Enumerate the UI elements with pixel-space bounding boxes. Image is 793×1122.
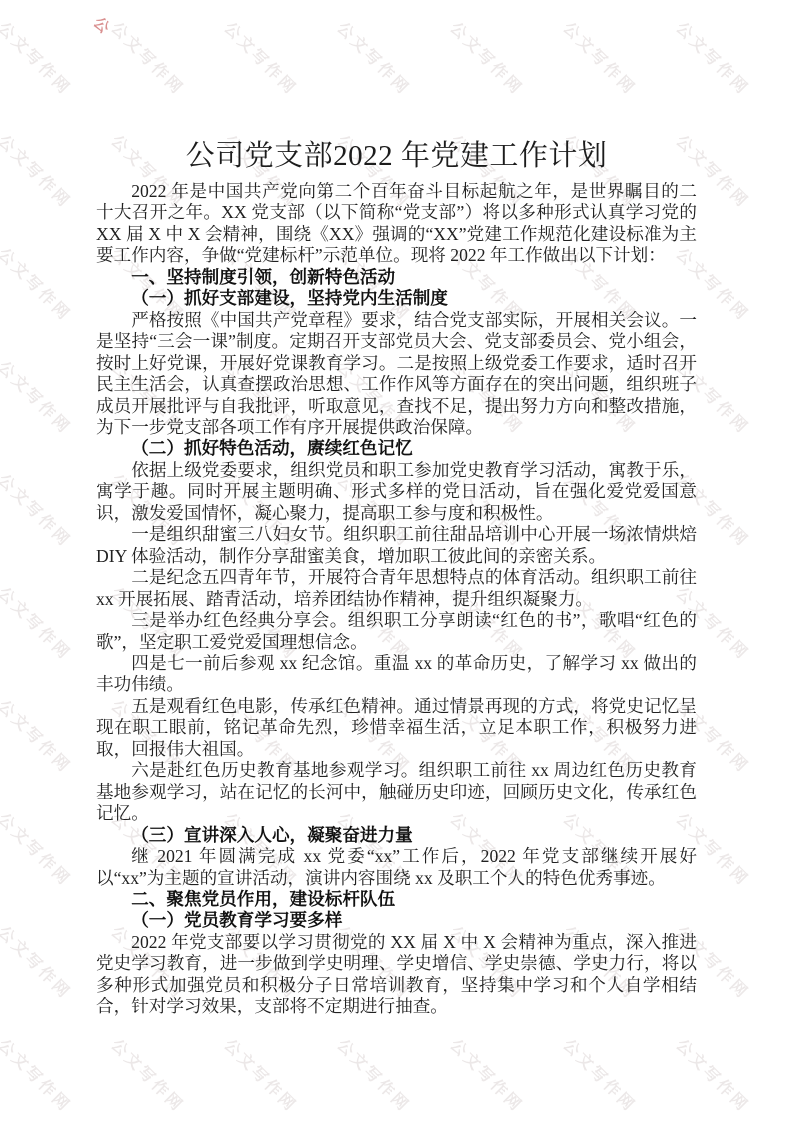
document-title: 公司党支部2022 年党建工作计划 xyxy=(96,139,697,173)
paragraph: 继 2021 年圆满完成 xx 党委“xx”工作后，2022 年党支部继续开展好… xyxy=(96,846,697,889)
section-heading: （一）抓好支部建设，坚持党内生活制度 xyxy=(96,288,697,309)
section-heading: （二）抓好特色活动，赓续红色记忆 xyxy=(96,438,697,459)
paragraph: 五是观看红色电影，传承红色精神。通过情景再现的方式，将党史记忆呈现在职工眼前，铭… xyxy=(96,696,697,760)
paragraph: 四是七一前后参观 xx 纪念馆。重温 xx 的革命历史，了解学习 xx 做出的丰… xyxy=(96,653,697,696)
paragraph: 六是赴红色历史教育基地参观学习。组织职工前往 xx 周边红色历史教育基地参观学习… xyxy=(96,760,697,824)
paragraph: 二是纪念五四青年节，开展符合青年思想特点的体育活动。组织职工前往 xx 开展拓展… xyxy=(96,567,697,610)
section-heading: （一）党员教育学习要多样 xyxy=(96,910,697,931)
document-content: 公司党支部2022 年党建工作计划 2022 年是中国共产党向第二个百年奋斗目标… xyxy=(0,0,793,1122)
document-page: 公文写作网公文写作网公文写作网公文写作网公文写作网公文写作网公文写作网公文写作网… xyxy=(0,0,793,1122)
section-heading: 二、聚焦党员作用，建设标杆队伍 xyxy=(96,889,697,910)
paragraph: 三是举办红色经典分享会。组织职工分享朗读“红色的书”，歌唱“红色的歌”，坚定职工… xyxy=(96,610,697,653)
paragraph: 严格按照《中国共产党章程》要求，结合党支部实际，开展相关会议。一是坚持“三会一课… xyxy=(96,310,697,439)
section-heading: 一、坚持制度引领，创新特色活动 xyxy=(96,267,697,288)
section-heading: （三）宣讲深入人心，凝聚奋进力量 xyxy=(96,825,697,846)
paragraph: 2022 年党支部要以学习贯彻党的 XX 届 X 中 X 会精神为重点，深入推进… xyxy=(96,932,697,1018)
paragraph: 2022 年是中国共产党向第二个百年奋斗目标起航之年，是世界瞩目的二十大召开之年… xyxy=(96,181,697,267)
paragraph: 一是组织甜蜜三八妇女节。组织职工前往甜品培训中心开展一场浓情烘焙 DIY 体验活… xyxy=(96,524,697,567)
paragraph: 依据上级党委要求，组织党员和职工参加党史教育学习活动，寓教于乐，寓学于趣。同时开… xyxy=(96,460,697,524)
document-body: 2022 年是中国共产党向第二个百年奋斗目标起航之年，是世界瞩目的二十大召开之年… xyxy=(96,181,697,1018)
